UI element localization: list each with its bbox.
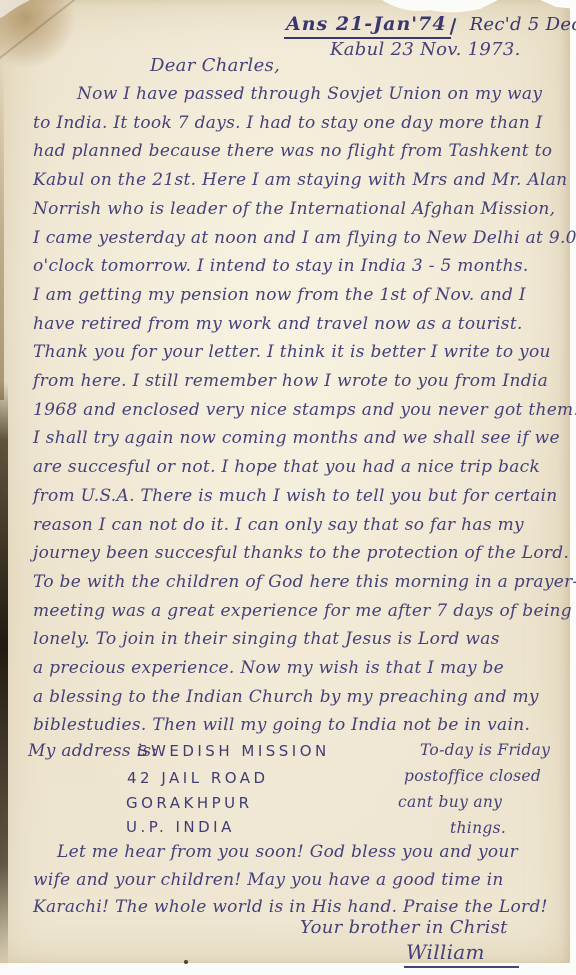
address-line-state: U.P. INDIA [126,818,235,836]
letter-line: To be with the children of God here this… [33,568,558,597]
dateline: Kabul 23 Nov. 1973. [330,39,521,60]
letter-line: biblestudies. Then will my going to Indi… [33,711,558,740]
letter-line: a blessing to the Indian Church by my pr… [33,683,558,712]
letter-line: from here. I still remember how I wrote … [33,367,558,396]
paper-tear-top [0,0,576,20]
closing-line: wife and your children! May you have a g… [33,867,548,895]
letter-line: Kabul on the 21st. Here I am staying wit… [33,166,558,195]
letter-line: have retired from my work and travel now… [33,310,558,339]
letter-line: meeting was a great experience for me af… [33,597,558,626]
closing-block: Let me hear from you soon! God bless you… [33,839,548,922]
letter-line: o'clock tomorrow. I intend to stay in In… [33,252,558,281]
letter-line: 1968 and enclosed very nice stamps and y… [33,396,558,425]
side-note-line: cant buy any [398,789,550,815]
paper-edge-shading [0,70,4,400]
letter-line: had planned because there was no flight … [33,137,558,166]
letter-line: I am getting my pension now from the 1st… [33,281,558,310]
letter-line: lonely. To join in their singing that Je… [33,625,558,654]
greeting: Dear Charles, [150,55,280,76]
closing-line: Let me hear from you soon! God bless you… [33,839,548,867]
letter-line: I came yesterday at noon and I am flying… [33,224,558,253]
letter-paper: Ans 21-Jan'74 Rec'd 5 Dec. Kabul 23 Nov.… [0,0,570,963]
letter-line: reason I can not do it. I can only say t… [33,511,558,540]
letter-line: a precious experience. Now my wish is th… [33,654,558,683]
letter-line: Norrish who is leader of the Internation… [33,195,558,224]
letter-line: Thank you for your letter. I think it is… [33,338,558,367]
letter-line: I shall try again now coming months and … [33,424,558,453]
signature: William [404,940,519,968]
address-line-city: GORAKHPUR [126,794,253,812]
letter-body: Now I have passed through Sovjet Union o… [33,80,558,740]
side-note-line: things. [450,815,550,841]
letter-line: to India. It took 7 days. I had to stay … [33,109,558,138]
letter-line: from U.S.A. There is much I wish to tell… [33,482,558,511]
side-note: To-day is Friday postoffice closed cant … [398,737,550,841]
scan-speck [184,960,188,964]
signoff: Your brother in Christ [300,917,508,938]
letter-line: are succesful or not. I hope that you ha… [33,453,558,482]
side-note-line: To-day is Friday [420,737,550,763]
letter-line: journey been succesful thanks to the pro… [33,539,558,568]
address-line-street: 42 JAIL ROAD [127,769,269,787]
paper-edge-dark [0,382,8,968]
side-note-line: postoffice closed [404,763,550,789]
letter-line: Now I have passed through Sovjet Union o… [33,80,558,109]
address-line-mission: SWEDISH MISSION [138,742,330,760]
